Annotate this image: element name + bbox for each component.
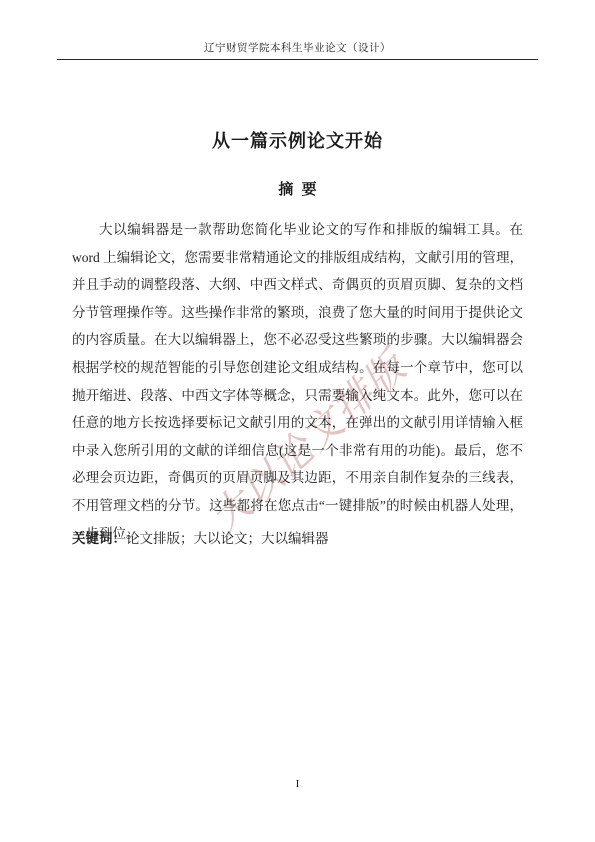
abstract-heading: 摘 要 <box>0 178 595 199</box>
page-number: I <box>0 778 595 790</box>
document-page: 辽宁财贸学院本科生毕业论文（设计） 从一篇示例论文开始 摘 要 大以论文排版 大… <box>0 0 595 842</box>
page-header: 辽宁财贸学院本科生毕业论文（设计） <box>57 40 538 60</box>
keywords-label: 关键词： <box>72 531 126 546</box>
page-title: 从一篇示例论文开始 <box>0 127 595 153</box>
keywords-line: 关键词：论文排版；大以论文；大以编辑器 <box>72 527 523 547</box>
header-text: 辽宁财贸学院本科生毕业论文（设计） <box>204 43 391 54</box>
abstract-paragraph: 大以编辑器是一款帮助您简化毕业论文的写作和排版的编辑工具。在 word 上编辑论… <box>72 216 523 547</box>
keywords-text: 论文排版；大以论文；大以编辑器 <box>126 531 329 546</box>
